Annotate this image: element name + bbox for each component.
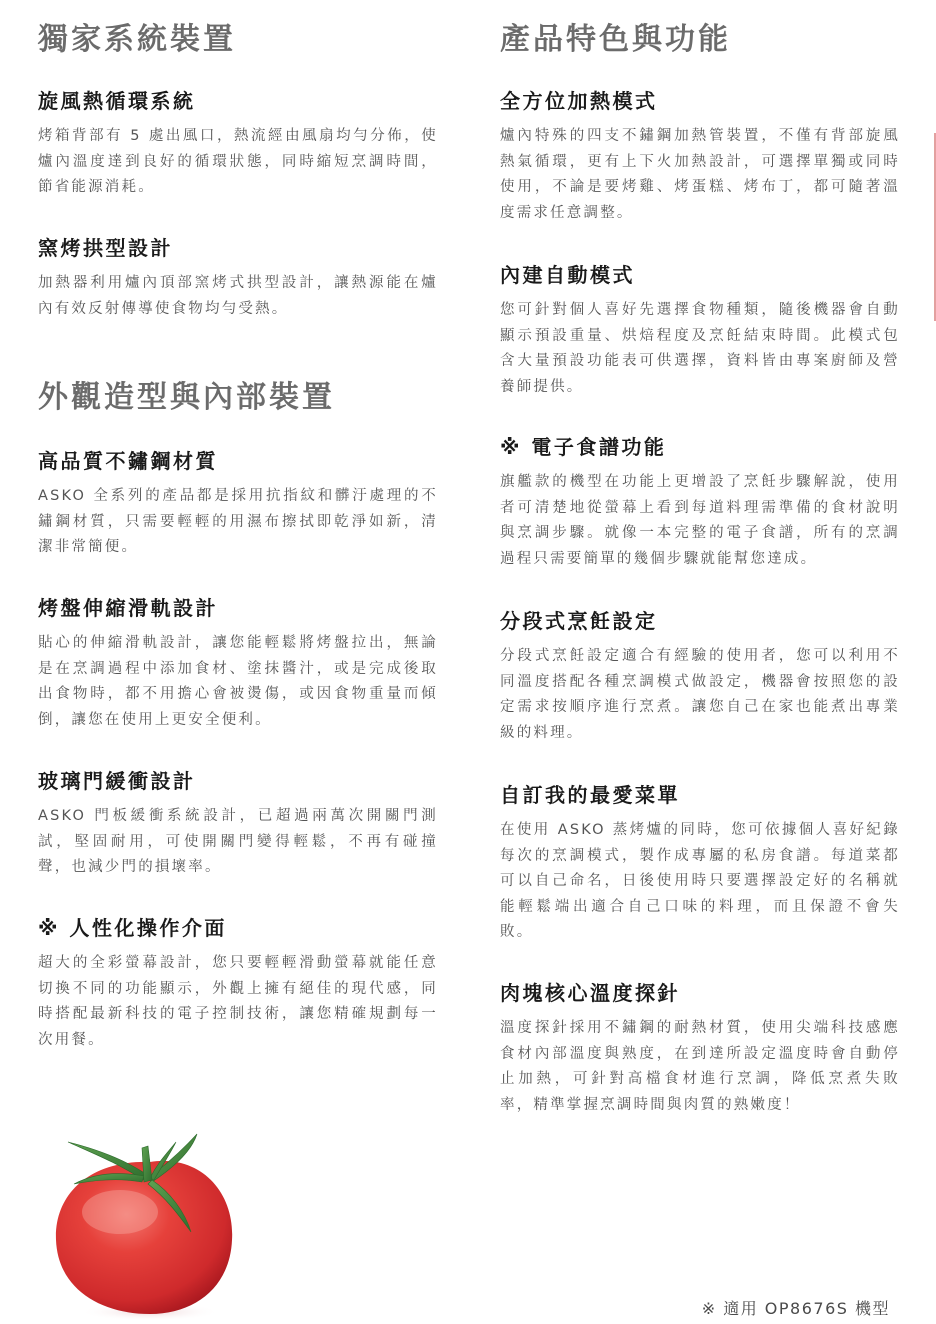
feature-heading: 窯烤拱型設計 bbox=[38, 235, 438, 261]
feature-user-interface: ※ 人性化操作介面 超大的全彩螢幕設計，您只要輕輕滑動螢幕就能任意切換不同的功能… bbox=[38, 915, 438, 1053]
feature-body: 貼心的伸縮滑軌設計，讓您能輕鬆將烤盤拉出，無論是在烹調過程中添加食材、塗抹醬汁，… bbox=[38, 631, 438, 733]
feature-meat-probe: 肉塊核心溫度探針 溫度探針採用不鏽鋼的耐熱材質，使用尖端科技感應食材內部溫度與熟… bbox=[500, 980, 900, 1118]
feature-convection-system: 旋風熱循環系統 烤箱背部有 5 處出風口，熱流經由風扇均勻分佈，使爐內溫度達到良… bbox=[38, 88, 438, 201]
section-title-features-functions: 產品特色與功能 bbox=[500, 22, 731, 58]
feature-body: 加熱器利用爐內頂部窯烤式拱型設計，讓熱源能在爐內有效反射傳導使食物均勻受熱。 bbox=[38, 271, 438, 322]
feature-stainless-steel: 高品質不鏽鋼材質 ASKO 全系列的產品都是採用抗指紋和髒汙處理的不鏽鋼材質，只… bbox=[38, 448, 438, 561]
feature-body: ASKO 門板緩衝系統設計，已超過兩萬次開關門測試，堅固耐用，可使開關門變得輕鬆… bbox=[38, 804, 438, 881]
tomato-image bbox=[50, 1122, 240, 1322]
feature-multistep-cooking: 分段式烹飪設定 分段式烹飪設定適合有經驗的使用者，您可以利用不同溫度搭配各種烹調… bbox=[500, 608, 900, 746]
feature-heading: 高品質不鏽鋼材質 bbox=[38, 448, 438, 474]
feature-heading: 烤盤伸縮滑軌設計 bbox=[38, 595, 438, 621]
feature-soft-close-door: 玻璃門緩衝設計 ASKO 門板緩衝系統設計，已超過兩萬次開關門測試，堅固耐用，可… bbox=[38, 768, 438, 881]
feature-body: ASKO 全系列的產品都是採用抗指紋和髒汙處理的不鏽鋼材質，只需要輕輕的用濕布擦… bbox=[38, 484, 438, 561]
feature-body: 分段式烹飪設定適合有經驗的使用者，您可以利用不同溫度搭配各種烹調模式做設定，機器… bbox=[500, 644, 900, 746]
feature-heading: 自訂我的最愛菜單 bbox=[500, 782, 900, 808]
feature-e-recipe: ※ 電子食譜功能 旗艦款的機型在功能上更增設了烹飪步驟解說，使用者可清楚地從螢幕… bbox=[500, 434, 900, 572]
feature-body: 烤箱背部有 5 處出風口，熱流經由風扇均勻分佈，使爐內溫度達到良好的循環狀態，同… bbox=[38, 124, 438, 201]
feature-arch-design: 窯烤拱型設計 加熱器利用爐內頂部窯烤式拱型設計，讓熱源能在爐內有效反射傳導使食物… bbox=[38, 235, 438, 322]
feature-body: 旗艦款的機型在功能上更增設了烹飪步驟解說，使用者可清楚地從螢幕上看到每道料理需準… bbox=[500, 470, 900, 572]
feature-favorites-menu: 自訂我的最愛菜單 在使用 ASKO 蒸烤爐的同時，您可依據個人喜好紀錄每次的烹調… bbox=[500, 782, 900, 946]
feature-body: 溫度探針採用不鏽鋼的耐熱材質，使用尖端科技感應食材內部溫度與熟度，在到達所設定溫… bbox=[500, 1016, 900, 1118]
feature-body: 您可針對個人喜好先選擇食物種類，隨後機器會自動顯示預設重量、烘焙程度及烹飪結束時… bbox=[500, 298, 900, 400]
feature-heading: 玻璃門緩衝設計 bbox=[38, 768, 438, 794]
applicable-model-note: ※ 適用 OP8676S 機型 bbox=[702, 1296, 890, 1319]
feature-body: 爐內特殊的四支不鏽鋼加熱管裝置，不僅有背部旋風熱氣循環，更有上下火加熱設計，可選… bbox=[500, 124, 900, 226]
feature-telescopic-rails: 烤盤伸縮滑軌設計 貼心的伸縮滑軌設計，讓您能輕鬆將烤盤拉出，無論是在烹調過程中添… bbox=[38, 595, 438, 733]
feature-body: 在使用 ASKO 蒸烤爐的同時，您可依據個人喜好紀錄每次的烹調模式，製作成專屬的… bbox=[500, 818, 900, 946]
feature-heading: 旋風熱循環系統 bbox=[38, 88, 438, 114]
feature-body: 超大的全彩螢幕設計，您只要輕輕滑動螢幕就能任意切換不同的功能顯示，外觀上擁有絕佳… bbox=[38, 951, 438, 1053]
feature-heating-modes: 全方位加熱模式 爐內特殊的四支不鏽鋼加熱管裝置，不僅有背部旋風熱氣循環，更有上下… bbox=[500, 88, 900, 226]
feature-heading: 分段式烹飪設定 bbox=[500, 608, 900, 634]
feature-heading: 內建自動模式 bbox=[500, 262, 900, 288]
feature-auto-mode: 內建自動模式 您可針對個人喜好先選擇食物種類，隨後機器會自動顯示預設重量、烘焙程… bbox=[500, 262, 900, 400]
feature-heading: ※ 電子食譜功能 bbox=[500, 434, 900, 460]
tomato-icon bbox=[50, 1122, 240, 1322]
section-title-exterior-interior: 外觀造型與內部裝置 bbox=[38, 380, 335, 416]
section-title-exclusive-system: 獨家系統裝置 bbox=[38, 22, 236, 58]
feature-heading: ※ 人性化操作介面 bbox=[38, 915, 438, 941]
feature-heading: 全方位加熱模式 bbox=[500, 88, 900, 114]
feature-heading: 肉塊核心溫度探針 bbox=[500, 980, 900, 1006]
